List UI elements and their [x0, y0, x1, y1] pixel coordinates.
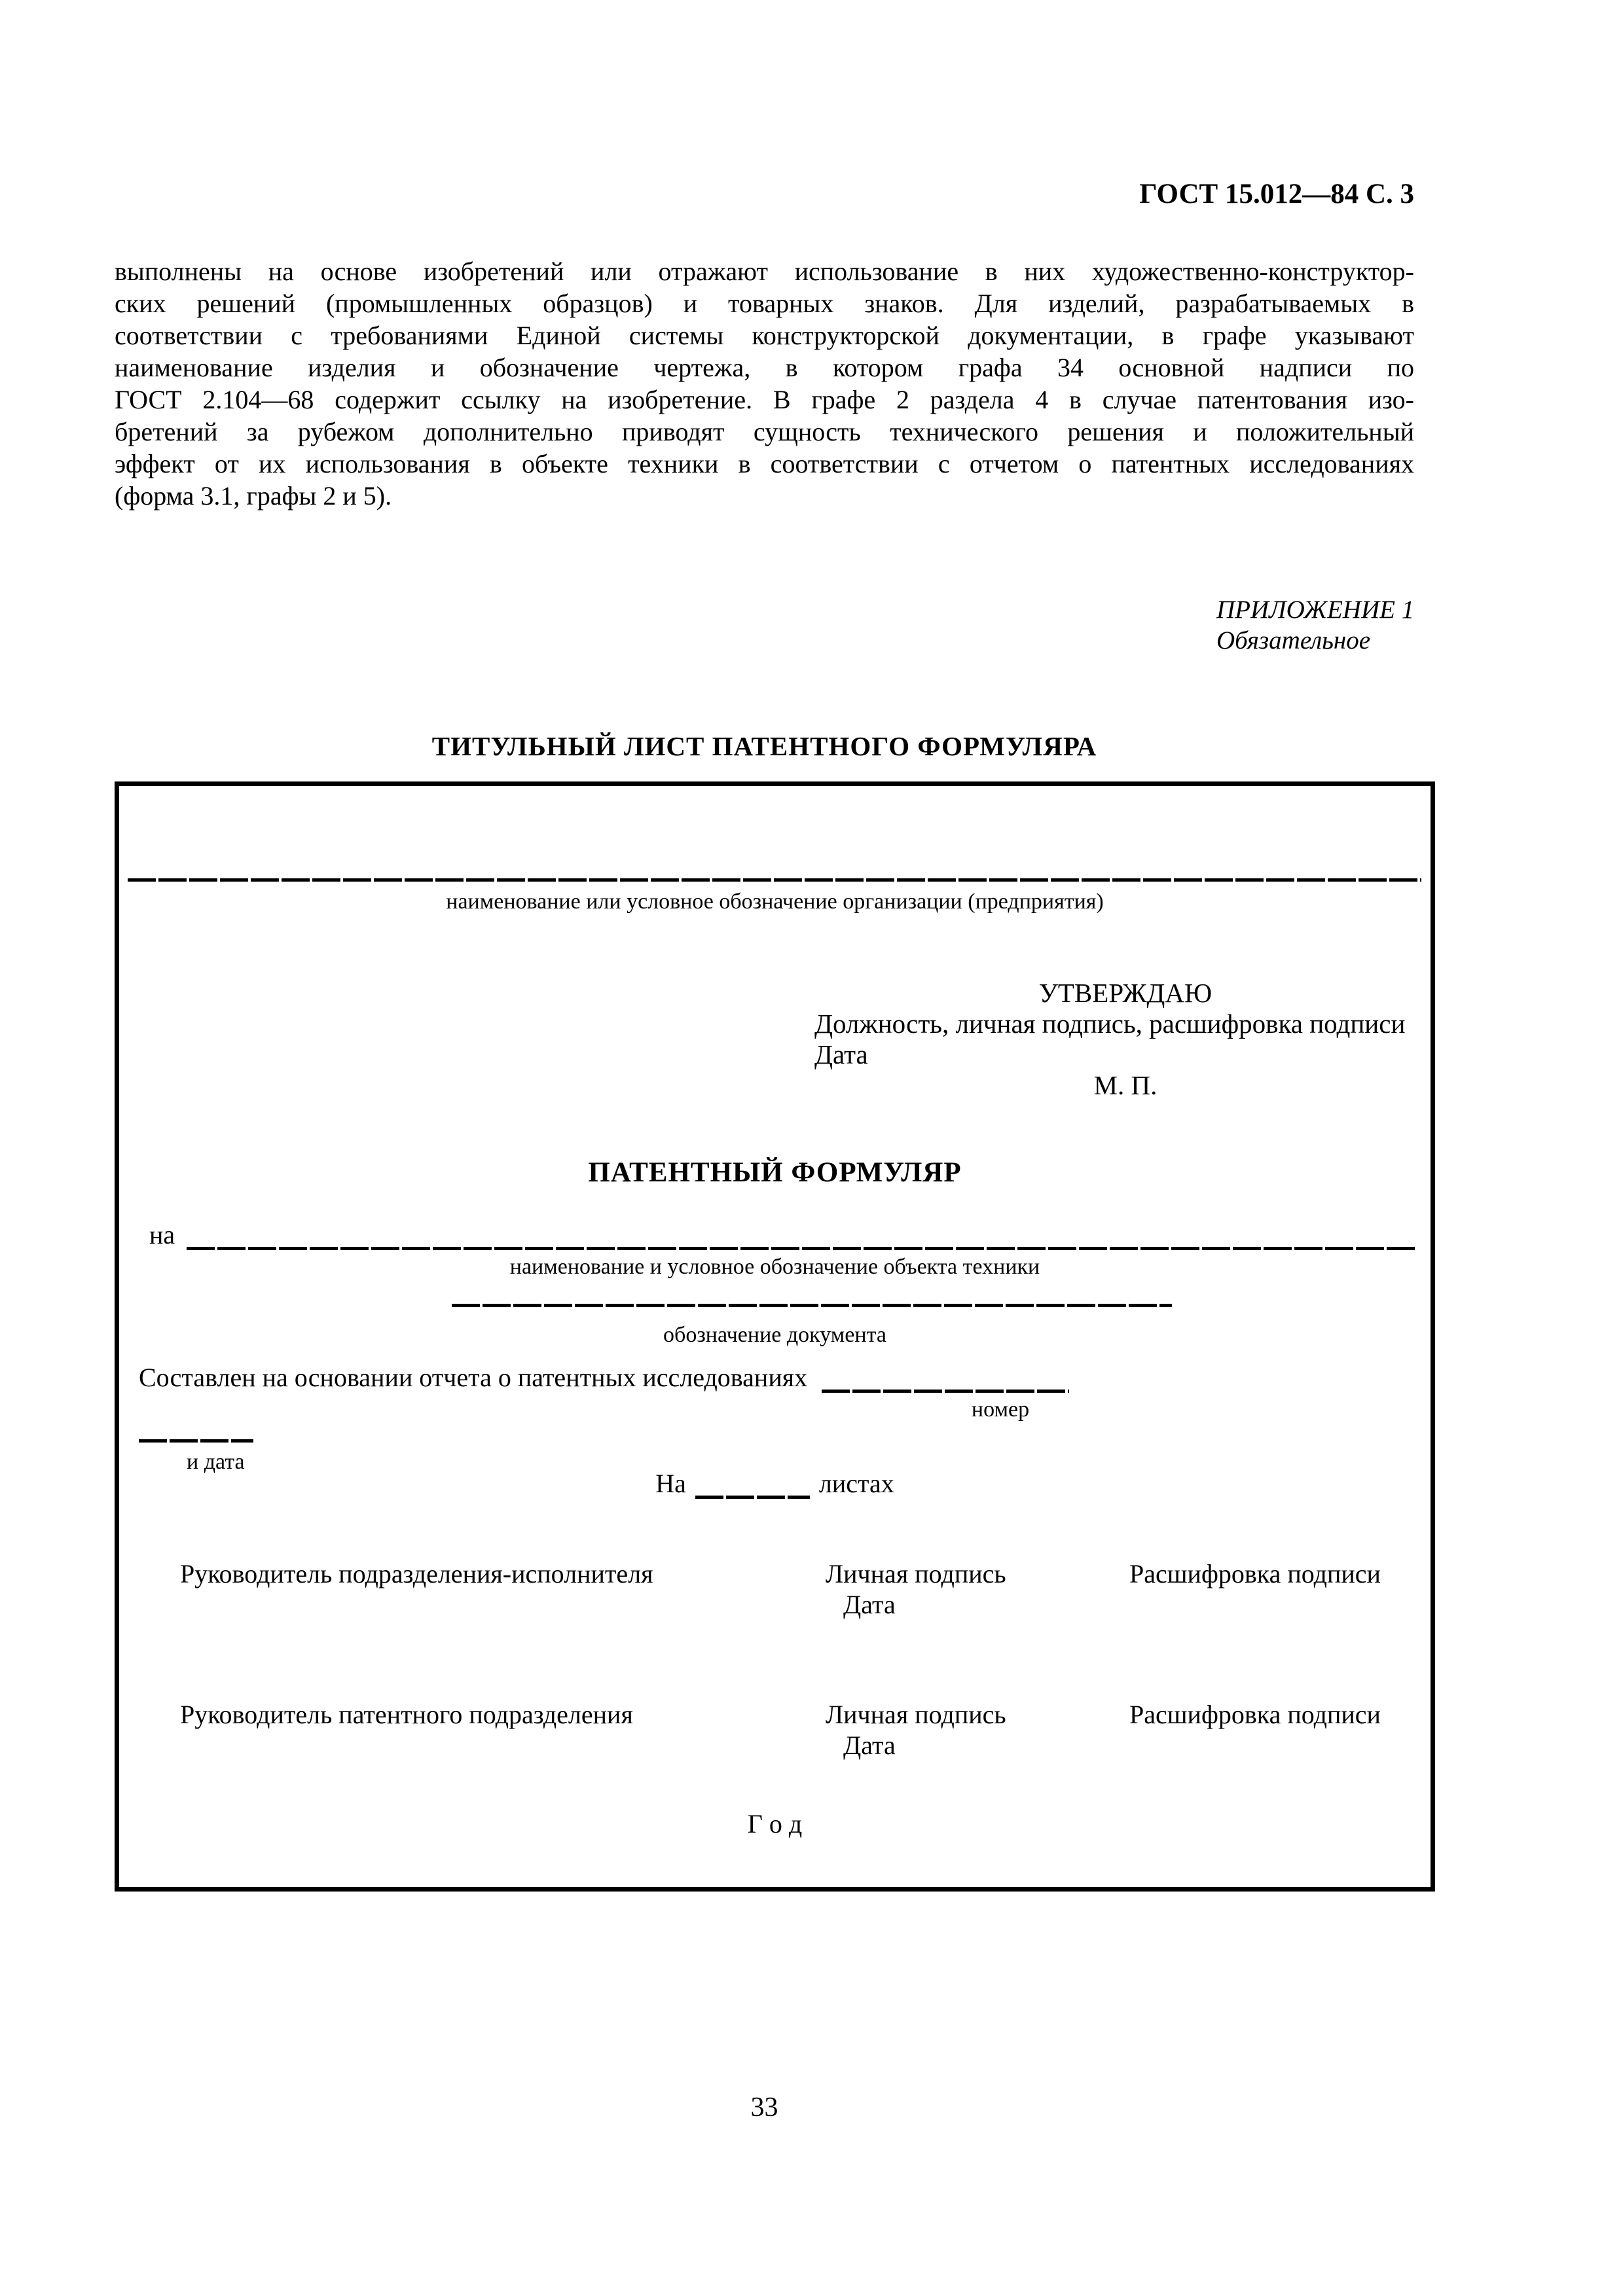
- signature-row: Руководитель патентного подразделения Ли…: [119, 1699, 1431, 1732]
- approve-details-label: Должность, личная подпись, расшифровка п…: [814, 1009, 1436, 1039]
- object-name-row: на: [149, 1219, 1417, 1250]
- annex-label: ПРИЛОЖЕНИЕ 1: [1216, 594, 1414, 625]
- page-number: 33: [115, 2092, 1414, 2123]
- org-name-caption: наименование или условное обозначение ор…: [119, 889, 1431, 914]
- signature-decode-label: Расшифровка подписи: [1129, 1699, 1381, 1730]
- signature-row: Руководитель подразделения-исполнителя Л…: [119, 1558, 1431, 1591]
- paragraph-line: соответствии с требованиями Единой систе…: [115, 319, 1414, 351]
- page-title: ТИТУЛЬНЫЙ ЛИСТ ПАТЕНТНОГО ФОРМУЛЯРА: [115, 730, 1414, 762]
- doc-designation-line: [452, 1304, 1172, 1307]
- approve-heading: УТВЕРЖДАЮ: [814, 978, 1436, 1009]
- paragraph-line: бретений за рубежом дополнительно привод…: [115, 416, 1414, 448]
- seal-mark-label: М. П.: [814, 1070, 1436, 1101]
- based-on-text: Составлен на основании отчета о патентны…: [139, 1362, 807, 1393]
- sheets-count-blank: [695, 1496, 810, 1499]
- paragraph-line: наименование изделия и обозначение черте…: [115, 351, 1414, 384]
- sheets-suffix-label: листах: [819, 1469, 894, 1498]
- object-name-line: [187, 1220, 1417, 1250]
- paragraph-line: ских решений (промышленных образцов) и т…: [115, 287, 1414, 319]
- role-label: Руководитель подразделения-исполнителя: [180, 1558, 653, 1589]
- body-paragraph: выполнены на основе изобретений или отра…: [115, 255, 1414, 512]
- approve-date-label: Дата: [814, 1039, 1436, 1070]
- document-page: ГОСТ 15.012—84 С. 3 выполнены на основе …: [0, 0, 1623, 2296]
- sheets-prefix-label: На: [655, 1469, 686, 1498]
- sheets-row: Налистах: [119, 1468, 1431, 1499]
- signature-date-label: Дата: [843, 1730, 896, 1761]
- paragraph-line: выполнены на основе изобретений или отра…: [115, 255, 1414, 287]
- report-number-line: [822, 1364, 1069, 1393]
- object-prefix-label: на: [149, 1219, 175, 1250]
- report-number-caption: номер: [877, 1397, 1124, 1422]
- paragraph-line: (форма 3.1, графы 2 и 5).: [115, 480, 1414, 512]
- patent-form-heading: ПАТЕНТНЫЙ ФОРМУЛЯР: [119, 1157, 1431, 1189]
- paragraph-line: эффект от их использования в объекте тех…: [115, 448, 1414, 480]
- year-label: Г о д: [119, 1808, 1431, 1839]
- personal-signature-label: Личная подпись: [826, 1699, 1006, 1730]
- annex-type-label: Обязательное: [1216, 625, 1414, 656]
- form-box: наименование или условное обозначение ор…: [115, 781, 1435, 1892]
- signature-date-label: Дата: [843, 1589, 896, 1620]
- approve-block: УТВЕРЖДАЮ Должность, личная подпись, рас…: [814, 978, 1436, 1101]
- standard-header: ГОСТ 15.012—84 С. 3: [1139, 178, 1414, 210]
- object-caption: наименование и условное обозначение объе…: [119, 1255, 1431, 1280]
- signature-decode-label: Расшифровка подписи: [1129, 1558, 1381, 1589]
- report-date-line: [139, 1439, 253, 1443]
- org-name-line: [128, 878, 1421, 882]
- personal-signature-label: Личная подпись: [826, 1558, 1006, 1589]
- annex-block: ПРИЛОЖЕНИЕ 1 Обязательное: [1216, 594, 1414, 656]
- doc-designation-caption: обозначение документа: [119, 1323, 1431, 1348]
- role-label: Руководитель патентного подразделения: [180, 1699, 633, 1730]
- based-on-row: Составлен на основании отчета о патентны…: [139, 1362, 1417, 1393]
- paragraph-line: ГОСТ 2.104—68 содержит ссылку на изобрет…: [115, 384, 1414, 416]
